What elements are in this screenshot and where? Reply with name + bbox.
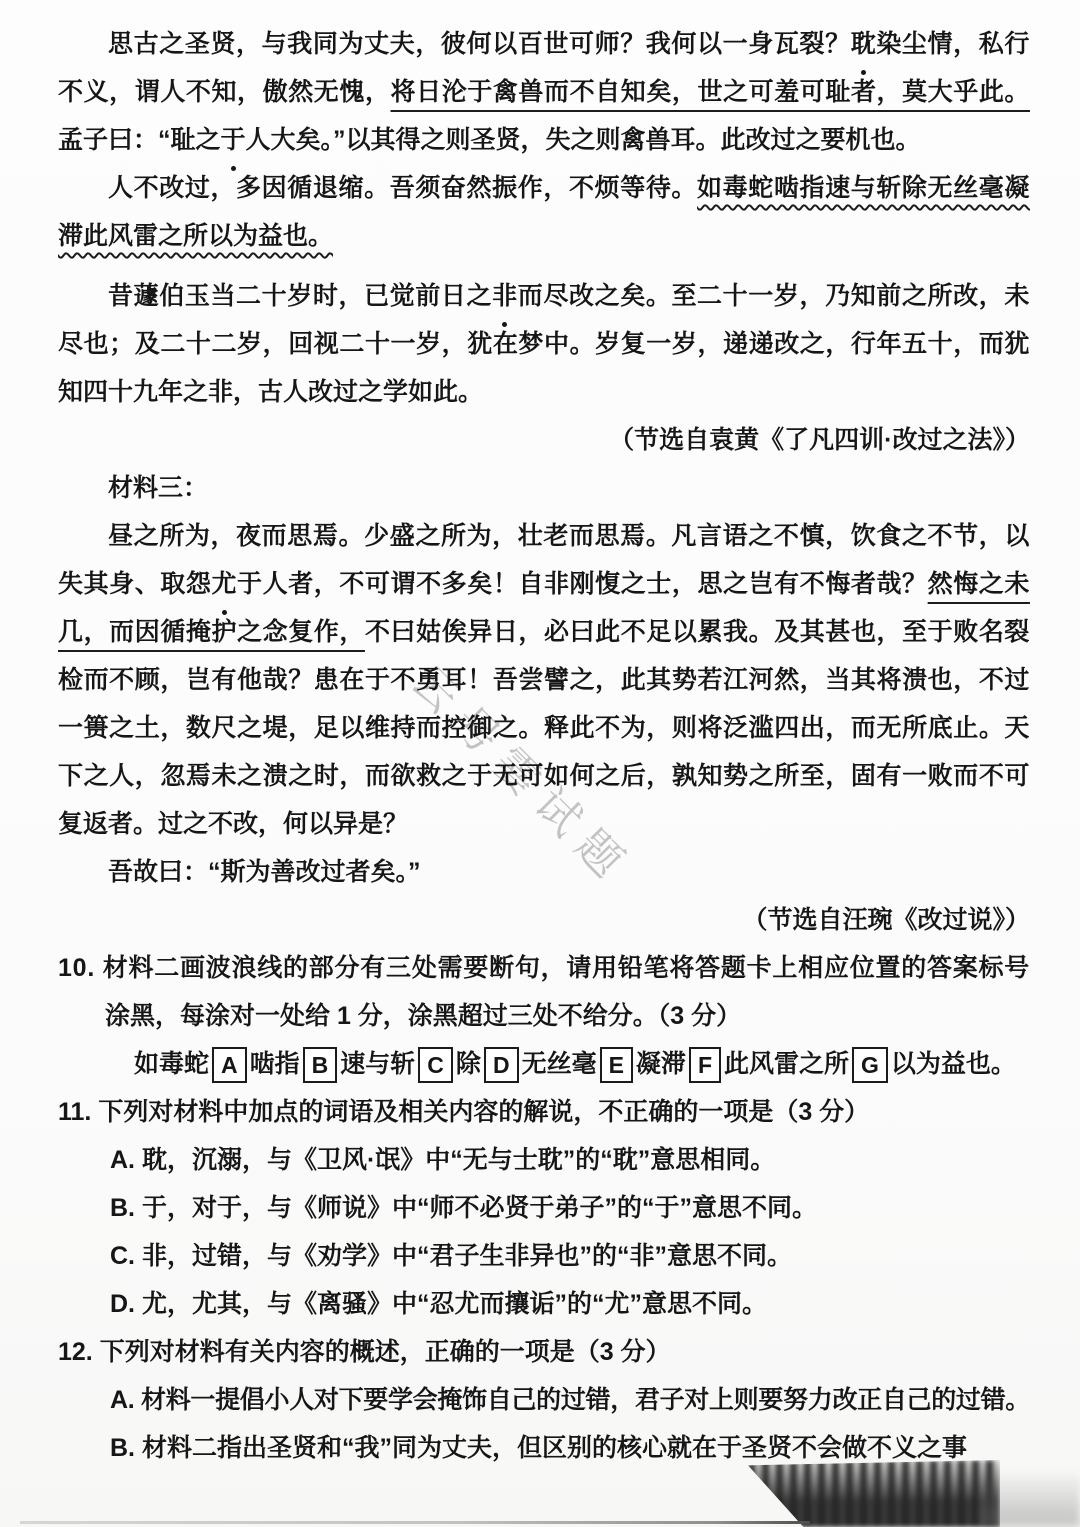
page-bottom-edge [20, 1521, 810, 1524]
line-m2-p1-2: 不义，谓人不知，傲然无愧，将日沦于禽兽而不自知矣，世之可羞可耻者，莫大乎此。 [58, 68, 1030, 116]
text-segment: 思古之圣贤，与我同为丈夫，彼何以百世可师？我何以一身瓦裂？ [108, 30, 851, 58]
line-q11-option-a: A. 耽，沉溺，与《卫风·氓》中“无与士耽”的“耽”意思相同。 [58, 1136, 1030, 1184]
line-text: 涂黑，每涂对一处给 1 分，涂黑超过三处不给分。（3 分） [105, 992, 741, 1040]
text-segment: 无丝毫 [522, 1050, 597, 1078]
line-m2-p2-1: 人不改过，多因循退缩。吾须奋然振作，不烦等待。如毒蛇啮指速与斩除无丝毫凝 [58, 164, 1030, 212]
line-m2-p1-1: 思古之圣贤，与我同为丈夫，彼何以百世可师？我何以一身瓦裂？耽染尘情，私行 [58, 20, 1030, 68]
line-q11-option-d: D. 尤，尤其，与《离骚》中“忍尤而攘诟”的“尤”意思不同。 [58, 1280, 1030, 1328]
wavy-underlined-text: 滞此风雷之所以为益也。 [58, 222, 333, 250]
line-m2-source: （节选自袁黄《了凡四训·改过之法》） [58, 416, 1030, 464]
line-m3-source: （节选自汪琬《改过说》） [58, 896, 1030, 944]
line-m2-p3-3: 知四十九年之非，古人改过之学如此。 [58, 368, 1030, 416]
text-segment: 孟子曰：“耻之 [58, 126, 221, 154]
text-segment: 一篑之土，数尺之堤，足以维持而控御之。释此不为，则将泛滥四出，而无所底止。天 [58, 714, 1030, 742]
text-segment: B. 于，对于，与《师说》中“师不必贤于弟子”的“于”意思不同。 [110, 1194, 817, 1222]
text-segment: 检而不顾，岂有他哉？患在于不勇耳！吾尝譬之，此其势若江河然，当其将溃也，不过 [58, 666, 1030, 694]
line-q11-option-b: B. 于，对于，与《师说》中“师不必贤于弟子”的“于”意思不同。 [58, 1184, 1030, 1232]
text-segment: 12. 下列对材料有关内容的概述，正确的一项是（3 分） [58, 1338, 671, 1366]
text-segment: 凝滞 [636, 1050, 686, 1078]
dotted-char: 于 [221, 116, 246, 164]
line-text: 孟子曰：“耻之于人大矣。”以其得之则圣贤，失之则禽兽耳。此改过之要机也。 [58, 116, 921, 164]
text-segment: 失其身、取怨 [58, 570, 211, 598]
text-segment: （节选自袁黄《了凡四训·改过之法》） [609, 426, 1030, 454]
boxed-letter-E: E [600, 1047, 633, 1083]
text-segment: 下之人，忽焉未之溃之时，而欲救之于无可如何之后，孰知势之所至，固有一败而不可 [58, 762, 1030, 790]
line-text: C. 非，过错，与《劝学》中“君子生非异也”的“非”意思不同。 [110, 1232, 792, 1280]
line-q12-stem: 12. 下列对材料有关内容的概述，正确的一项是（3 分） [58, 1328, 1030, 1376]
line-m3-p1-4: 检而不顾，岂有他哉？患在于不勇耳！吾尝譬之，此其势若江河然，当其将溃也，不过 [58, 656, 1030, 704]
line-text: 吾故曰：“斯为善改过者矣。” [108, 848, 421, 896]
text-segment: D. 尤，尤其，与《离骚》中“忍尤而攘诟”的“尤”意思不同。 [110, 1290, 767, 1318]
text-segment: 于人者，不可谓不多矣！自非刚愎之士，思之岂有不悔者哉？ [237, 570, 928, 598]
line-text: 不义，谓人不知，傲然无愧，将日沦于禽兽而不自知矣，世之可羞可耻者，莫大乎此。 [58, 68, 1030, 116]
boxed-letter-D: D [484, 1047, 519, 1083]
line-q11-stem: 11. 下列对材料中加点的词语及相关内容的解说，不正确的一项是（3 分） [58, 1088, 1030, 1136]
text-segment: A. 材料一提倡小人对下要学会掩饰自己的过错，君子对上则要努力改正自己的过错。 [110, 1386, 1030, 1414]
line-text: 检而不顾，岂有他哉？患在于不勇耳！吾尝譬之，此其势若江河然，当其将溃也，不过 [58, 656, 1030, 704]
text-segment: 不义，谓人不知，傲然无愧， [58, 78, 391, 106]
exam-text-column: 思古之圣贤，与我同为丈夫，彼何以百世可师？我何以一身瓦裂？耽染尘情，私行不义，谓… [58, 20, 1030, 1472]
text-segment: 人大矣。”以其得之则圣贤，失之则禽兽耳。此改过之要机也。 [246, 126, 921, 154]
line-text: 一篑之土，数尺之堤，足以维持而控御之。释此不为，则将泛滥四出，而无所底止。天 [58, 704, 1030, 752]
text-segment: 啮指 [250, 1050, 300, 1078]
line-text: 尽也；及二十二岁，回视二十一岁，犹在梦中。岁复一岁，递递改之，行年五十，而犹 [58, 320, 1030, 368]
text-segment: 人不改过，多因循退缩。吾须奋然振作，不烦等待。 [108, 174, 697, 202]
text-segment: C. 非，过错，与《劝学》中“君子生非异也”的“非”意思不同。 [110, 1242, 792, 1270]
line-m3-p1-3: 几，而因循掩护之念复作，不曰姑俟异日，必曰此不足以累我。及其甚也，至于败名裂 [58, 608, 1030, 656]
boxed-letter-A: A [212, 1047, 247, 1083]
line-m2-p2-2: 滞此风雷之所以为益也。 [58, 212, 1030, 260]
line-m3-p1-6: 下之人，忽焉未之溃之时，而欲救之于无可如何之后，孰知势之所至，固有一败而不可 [58, 752, 1030, 800]
text-segment: 而尽改之矣。至二十一岁，乃知前之所改，未 [518, 282, 1030, 310]
text-segment: 除 [456, 1050, 481, 1078]
line-q10-stem-1: 10. 材料二画波浪线的部分有三处需要断句，请用铅笔将答题卡上相应位置的答案标号 [58, 944, 1030, 992]
text-segment: 11. 下列对材料中加点的词语及相关内容的解说，不正确的一项是（3 分） [58, 1098, 869, 1126]
text-segment: 此风雷之所 [724, 1050, 849, 1078]
line-text: 材料三： [108, 464, 208, 512]
text-segment: 吾故曰：“斯为善改过者矣。” [108, 858, 421, 886]
line-m3-heading: 材料三： [58, 464, 1030, 512]
line-q11-option-c: C. 非，过错，与《劝学》中“君子生非异也”的“非”意思不同。 [58, 1232, 1030, 1280]
line-text: 昔蘧伯玉当二十岁时，已觉前日之非而尽改之矣。至二十一岁，乃知前之所改，未 [108, 272, 1030, 320]
dotted-char: 非 [492, 272, 518, 320]
text-segment: 尽也；及二十二岁，回视二十一岁，犹在梦中。岁复一岁，递递改之，行年五十，而犹 [58, 330, 1030, 358]
line-m3-p1-7: 复返者。过之不改，何以异是？ [58, 800, 1030, 848]
line-text: （节选自汪琬《改过说》） [742, 896, 1030, 944]
line-text: D. 尤，尤其，与《离骚》中“忍尤而攘诟”的“尤”意思不同。 [110, 1280, 767, 1328]
line-text: A. 耽，沉溺，与《卫风·氓》中“无与士耽”的“耽”意思相同。 [110, 1136, 775, 1184]
line-q12-option-a: A. 材料一提倡小人对下要学会掩饰自己的过错，君子对上则要努力改正自己的过错。 [58, 1376, 1030, 1424]
line-text: 思古之圣贤，与我同为丈夫，彼何以百世可师？我何以一身瓦裂？耽染尘情，私行 [108, 20, 1030, 68]
line-text: B. 于，对于，与《师说》中“师不必贤于弟子”的“于”意思不同。 [110, 1184, 817, 1232]
line-text: 12. 下列对材料有关内容的概述，正确的一项是（3 分） [58, 1328, 671, 1376]
text-segment: 如毒蛇 [134, 1050, 209, 1078]
line-q10-stem-2: 涂黑，每涂对一处给 1 分，涂黑超过三处不给分。（3 分） [58, 992, 1030, 1040]
line-text: 知四十九年之非，古人改过之学如此。 [58, 368, 483, 416]
line-m3-p2-1: 吾故曰：“斯为善改过者矣。” [58, 848, 1030, 896]
dotted-char: 尤 [211, 560, 237, 608]
underlined-text: 然悔之未 [928, 570, 1030, 598]
boxed-letter-G: G [852, 1047, 888, 1083]
line-text: 11. 下列对材料中加点的词语及相关内容的解说，不正确的一项是（3 分） [58, 1088, 869, 1136]
text-segment: A. 耽，沉溺，与《卫风·氓》中“无与士耽”的“耽”意思相同。 [110, 1146, 775, 1174]
text-segment: B. 材料二指出圣贤和“我”同为丈夫，但区别的核心就在于圣贤不会做不义之事 [110, 1434, 967, 1462]
underlined-text: 将日沦于禽兽而不自知矣，世之可羞可耻者，莫大乎此。 [391, 78, 1030, 106]
boxed-letter-F: F [689, 1047, 721, 1083]
text-segment: 以为益也。 [891, 1050, 1016, 1078]
line-text: 几，而因循掩护之念复作，不曰姑俟异日，必曰此不足以累我。及其甚也，至于败名裂 [58, 608, 1030, 656]
text-segment: （节选自汪琬《改过说》） [742, 906, 1030, 934]
line-text: 下之人，忽焉未之溃之时，而欲救之于无可如何之后，孰知势之所至，固有一败而不可 [58, 752, 1030, 800]
exam-paper-page: 云号霎试题 思古之圣贤，与我同为丈夫，彼何以百世可师？我何以一身瓦裂？耽染尘情，… [0, 0, 1080, 1527]
line-m2-p3-1: 昔蘧伯玉当二十岁时，已觉前日之非而尽改之矣。至二十一岁，乃知前之所改，未 [58, 272, 1030, 320]
text-segment: 涂黑，每涂对一处给 1 分，涂黑超过三处不给分。（3 分） [105, 1002, 741, 1030]
text-segment: 不曰姑俟异日，必曰此不足以累我。及其甚也，至于败名裂 [365, 618, 1030, 646]
line-text: 人不改过，多因循退缩。吾须奋然振作，不烦等待。如毒蛇啮指速与斩除无丝毫凝 [108, 164, 1030, 212]
dotted-char: 耽 [851, 20, 877, 68]
text-segment: 染尘情，私行 [876, 30, 1030, 58]
text-segment: 复返者。过之不改，何以异是？ [58, 810, 408, 838]
wavy-underlined-text: 如毒蛇啮指速与斩除无丝毫凝 [697, 174, 1030, 202]
line-text: 10. 材料二画波浪线的部分有三处需要断句，请用铅笔将答题卡上相应位置的答案标号 [58, 944, 1030, 992]
text-segment: 材料三： [108, 474, 208, 502]
line-text: 滞此风雷之所以为益也。 [58, 212, 333, 260]
line-text: （节选自袁黄《了凡四训·改过之法》） [609, 416, 1030, 464]
text-segment: 昼之所为，夜而思焉。少盛之所为，壮老而思焉。凡言语之不慎，饮食之不节，以 [108, 522, 1030, 550]
line-m3-p1-2: 失其身、取怨尤于人者，不可谓不多矣！自非刚愎之士，思之岂有不悔者哉？然悔之未 [58, 560, 1030, 608]
boxed-letter-B: B [303, 1047, 338, 1083]
line-text: 失其身、取怨尤于人者，不可谓不多矣！自非刚愎之士，思之岂有不悔者哉？然悔之未 [58, 560, 1030, 608]
line-text: 昼之所为，夜而思焉。少盛之所为，壮老而思焉。凡言语之不慎，饮食之不节，以 [108, 512, 1030, 560]
photo-shadow-haze [980, 1470, 1080, 1527]
line-m2-p1-3: 孟子曰：“耻之于人大矣。”以其得之则圣贤，失之则禽兽耳。此改过之要机也。 [58, 116, 1030, 164]
underlined-text: 几，而因循掩护之念复作， [58, 618, 365, 646]
line-m3-p1-5: 一篑之土，数尺之堤，足以维持而控御之。释此不为，则将泛滥四出，而无所底止。天 [58, 704, 1030, 752]
boxed-letter-C: C [418, 1047, 453, 1083]
text-segment: 10. 材料二画波浪线的部分有三处需要断句，请用铅笔将答题卡上相应位置的答案标号 [58, 954, 1030, 982]
line-text: 复返者。过之不改，何以异是？ [58, 800, 408, 848]
line-m3-p1-1: 昼之所为，夜而思焉。少盛之所为，壮老而思焉。凡言语之不慎，饮食之不节，以 [58, 512, 1030, 560]
text-segment: 知四十九年之非，古人改过之学如此。 [58, 378, 483, 406]
line-text: 如毒蛇A啮指B速与斩C除D无丝毫E凝滞F此风雷之所G以为益也。 [134, 1040, 1016, 1088]
line-m2-p3-2: 尽也；及二十二岁，回视二十一岁，犹在梦中。岁复一岁，递递改之，行年五十，而犹 [58, 320, 1030, 368]
line-text: A. 材料一提倡小人对下要学会掩饰自己的过错，君子对上则要努力改正自己的过错。 [110, 1376, 1030, 1424]
text-segment: 速与斩 [340, 1050, 415, 1078]
photo-shadow-smear [748, 1460, 1000, 1527]
line-q10-answer-strip: 如毒蛇A啮指B速与斩C除D无丝毫E凝滞F此风雷之所G以为益也。 [58, 1040, 1030, 1088]
text-segment: 昔蘧伯玉当二十岁时，已觉前日之 [108, 282, 492, 310]
